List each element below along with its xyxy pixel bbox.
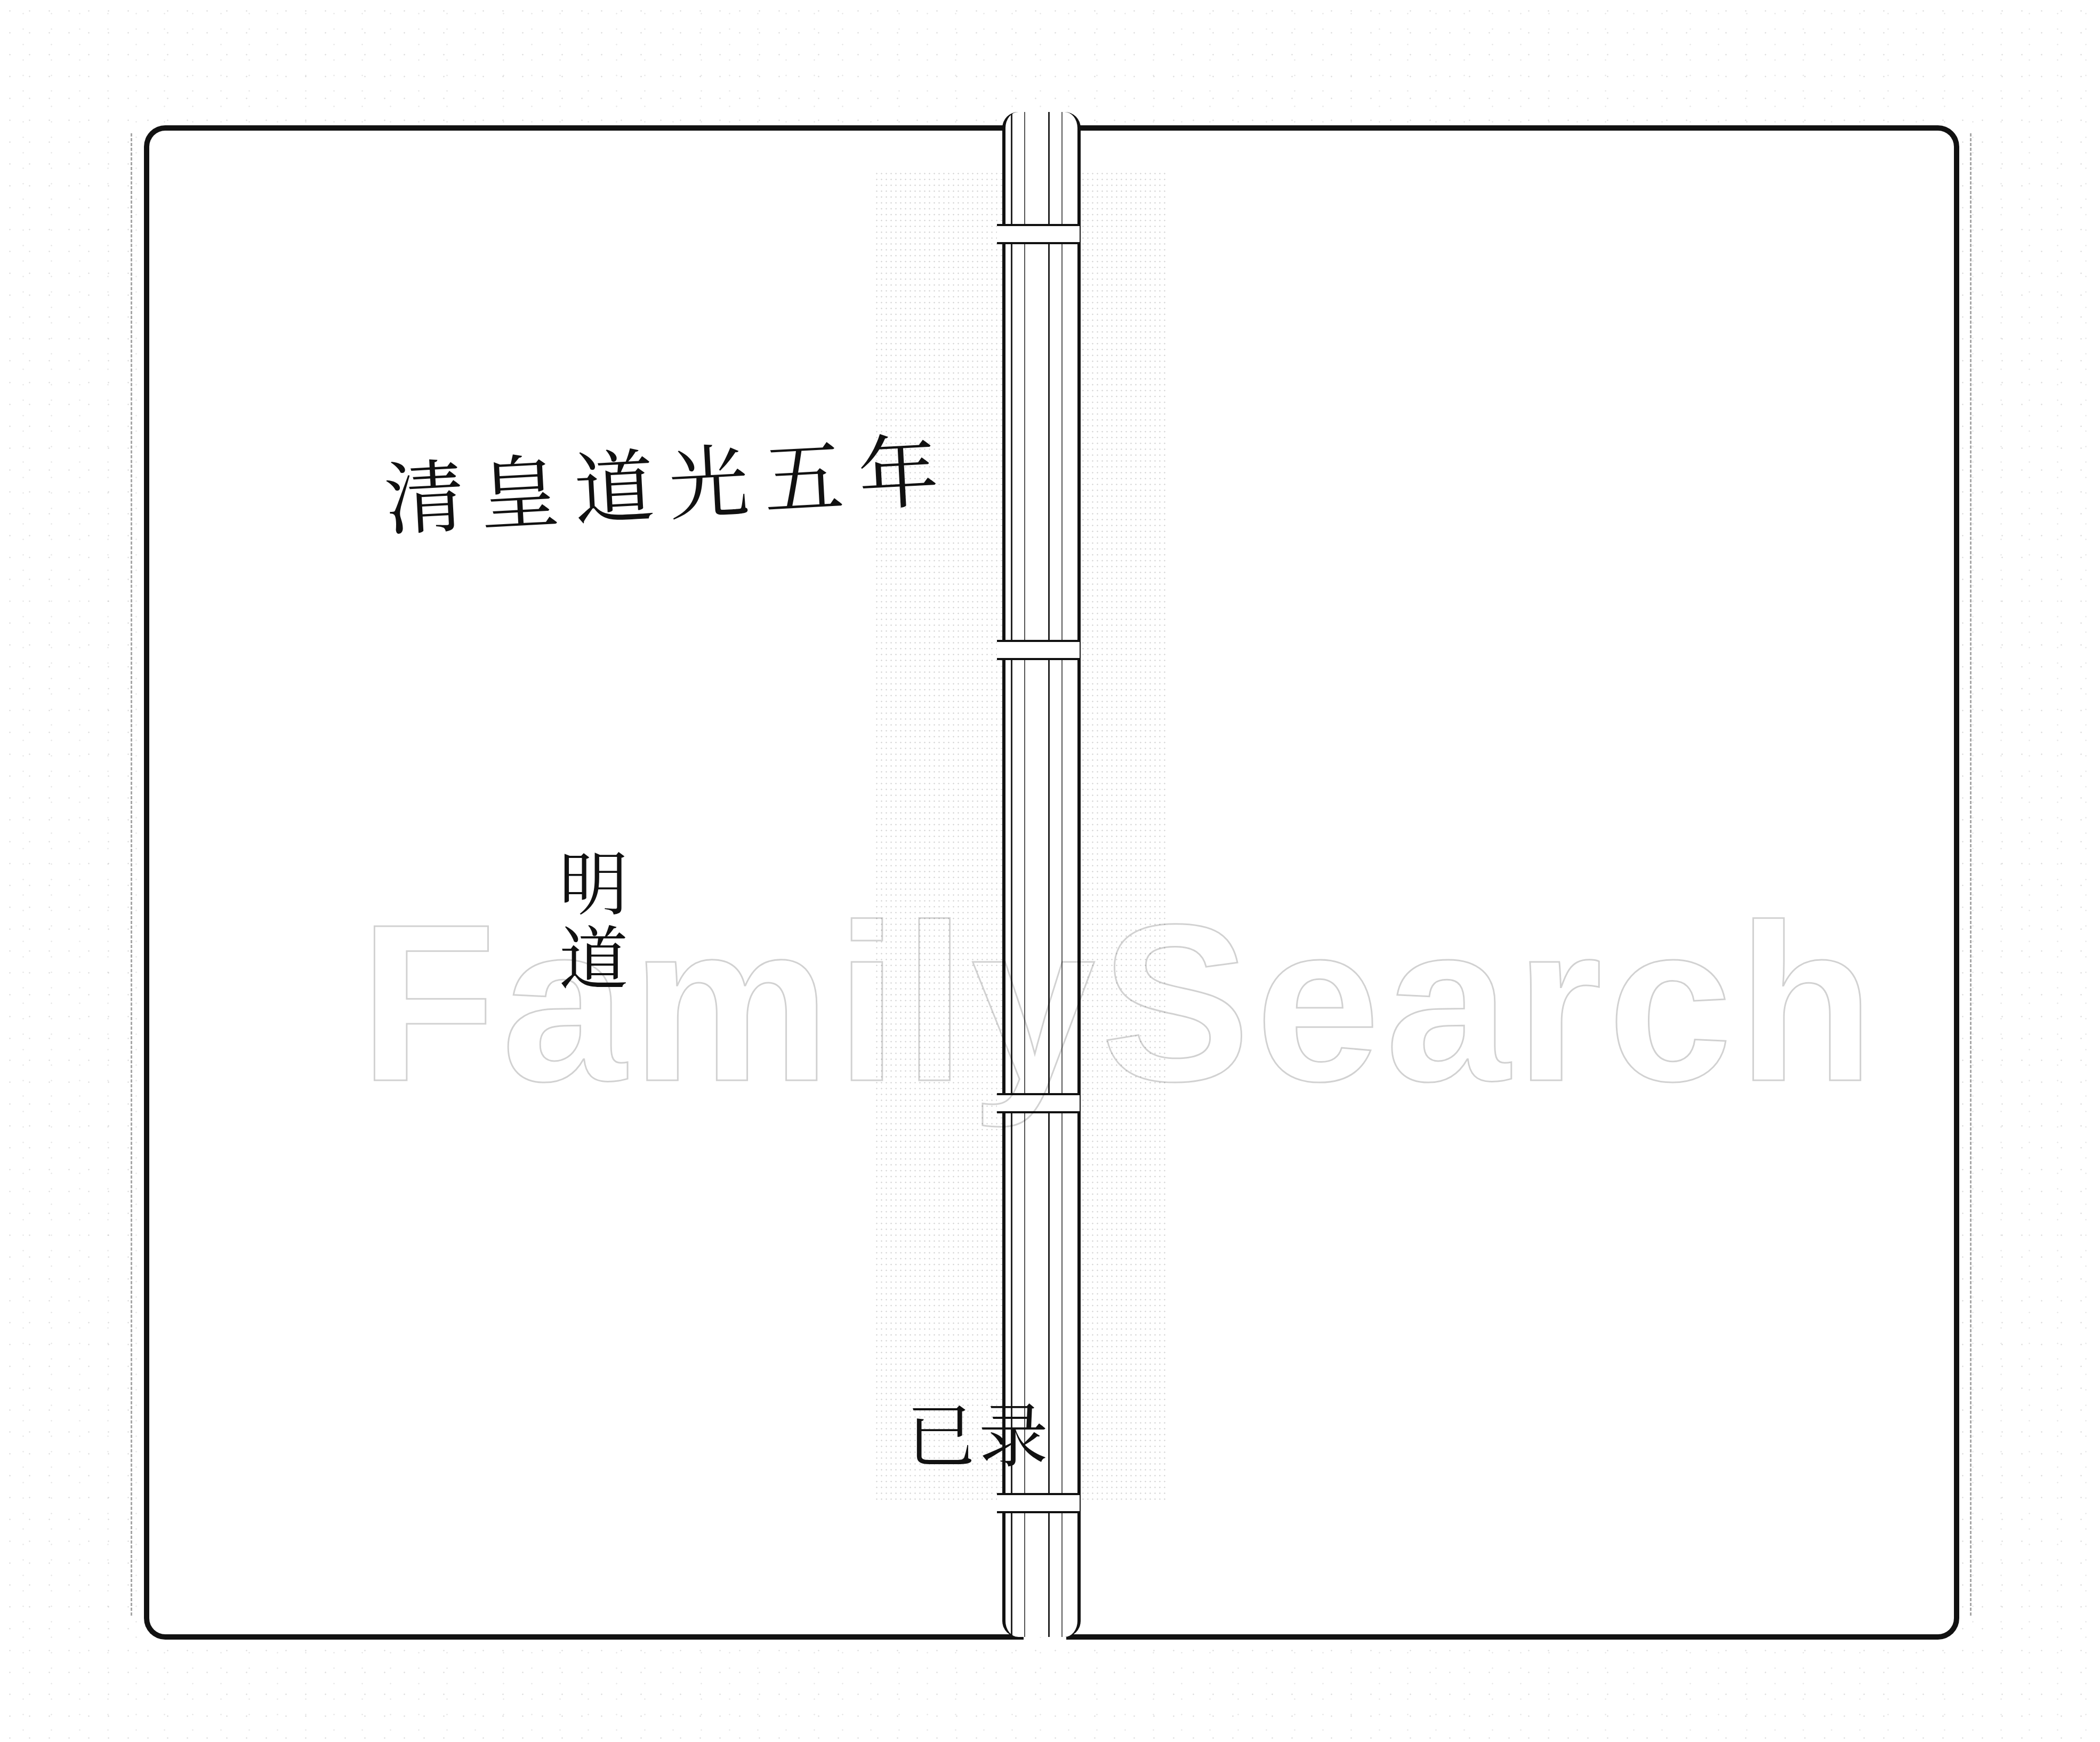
spine-binding-band bbox=[997, 1493, 1080, 1513]
watermark: FamilySearch bbox=[267, 874, 1973, 1132]
spine-binding-band bbox=[997, 640, 1080, 660]
spine-binding-band bbox=[997, 224, 1080, 244]
scanned-document: FamilySearch 清皇道光五年 明道 已录 bbox=[0, 0, 2100, 1742]
handwritten-name: 明道 bbox=[538, 848, 638, 997]
handwritten-recorded-mark: 已录 bbox=[906, 1381, 1051, 1481]
